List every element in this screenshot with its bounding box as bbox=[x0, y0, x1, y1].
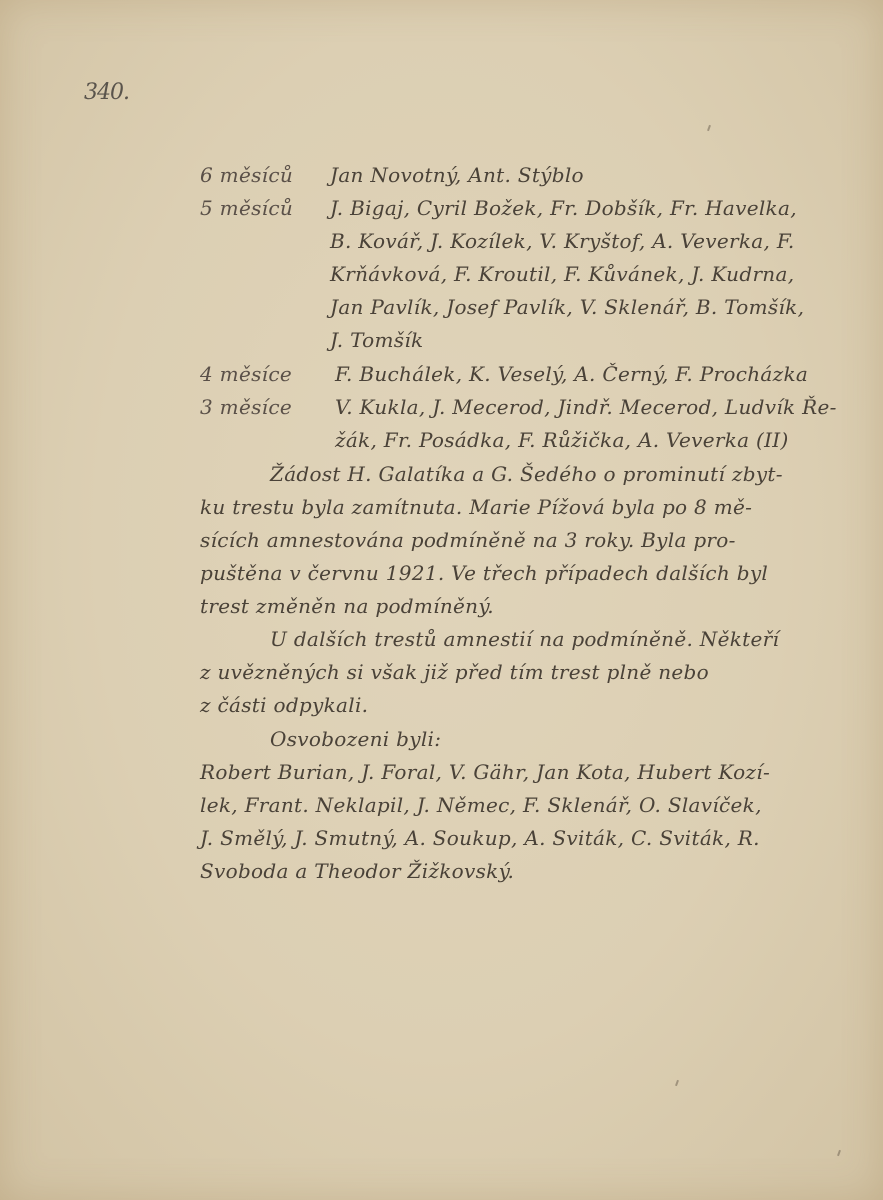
released-line: J. Smělý, J. Smutný, A. Soukup, A. Svitá… bbox=[200, 826, 760, 850]
sentence-names-line: F. Buchálek, K. Veselý, A. Černý, F. Pro… bbox=[335, 362, 808, 386]
released-heading: Osvobozeni byli: bbox=[270, 727, 441, 751]
sentence-names-line: J. Tomšík bbox=[330, 328, 423, 352]
released-line: lek, Frant. Neklapil, J. Němec, F. Sklen… bbox=[200, 793, 762, 817]
paper-speck bbox=[675, 1080, 679, 1086]
paper-speck bbox=[837, 1150, 841, 1156]
released-line: Robert Burian, J. Foral, V. Gähr, Jan Ko… bbox=[200, 760, 770, 784]
paragraph-line: sících amnestována podmíněně na 3 roky. … bbox=[200, 528, 736, 552]
sentence-names-line: Krňávková, F. Kroutil, F. Kůvánek, J. Ku… bbox=[330, 262, 794, 286]
sentence-names-line: V. Kukla, J. Mecerod, Jindř. Mecerod, Lu… bbox=[335, 395, 837, 419]
paragraph-line: ku trestu byla zamítnuta. Marie Pížová b… bbox=[200, 495, 752, 519]
page-number: 340. bbox=[84, 80, 129, 105]
paragraph-line: z uvězněných si však již před tím trest … bbox=[200, 660, 709, 684]
sentence-term-3-months: 3 měsíce bbox=[200, 395, 292, 419]
sentence-names-line: Jan Novotný, Ant. Stýblo bbox=[330, 163, 584, 187]
paper-speck bbox=[707, 125, 711, 131]
released-line: Svoboda a Theodor Žižkovský. bbox=[200, 859, 514, 883]
paragraph-line: U dalších trestů amnestií na podmíněně. … bbox=[270, 627, 779, 651]
sentence-names-line: B. Kovář, J. Kozílek, V. Kryštof, A. Vev… bbox=[330, 229, 795, 253]
paragraph-line: Žádost H. Galatíka a G. Šedého o prominu… bbox=[270, 462, 783, 486]
sentence-names-line: žák, Fr. Posádka, F. Růžička, A. Veverka… bbox=[335, 428, 789, 452]
paragraph-line: puštěna v červnu 1921. Ve třech případec… bbox=[200, 561, 768, 585]
sentence-names-line: Jan Pavlík, Josef Pavlík, V. Sklenář, B.… bbox=[330, 295, 804, 319]
sentence-term-6-months: 6 měsíců bbox=[200, 163, 293, 187]
paragraph-line: z části odpykali. bbox=[200, 693, 368, 717]
paragraph-line: trest změněn na podmíněný. bbox=[200, 594, 494, 618]
sentence-names-line: J. Bigaj, Cyril Božek, Fr. Dobšík, Fr. H… bbox=[330, 196, 797, 220]
document-page: 340. 6 měsíců Jan Novotný, Ant. Stýblo 5… bbox=[0, 0, 883, 1200]
sentence-term-4-months: 4 měsíce bbox=[200, 362, 292, 386]
sentence-term-5-months: 5 měsíců bbox=[200, 196, 293, 220]
